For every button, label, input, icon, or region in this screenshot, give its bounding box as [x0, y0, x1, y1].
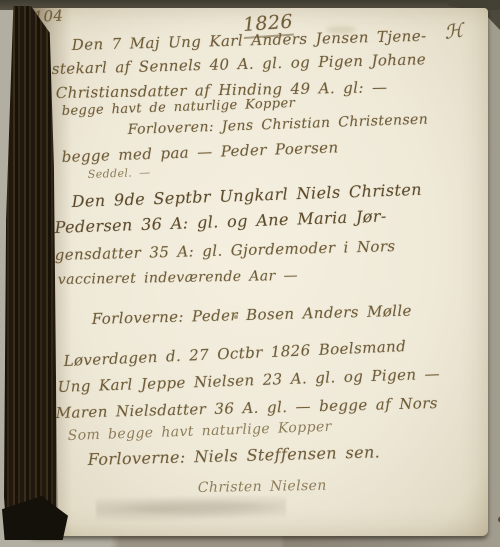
ink-speck	[234, 315, 238, 319]
manuscript-line: stekarl af Sennels 40 A. gl. og Pigen Jo…	[52, 50, 427, 78]
manuscript-line: Pedersen 36 A: gl. og Ane Maria Jør-	[54, 206, 387, 237]
manuscript-line: gensdatter 35 A: gl. Gjordemoder i Nors	[55, 237, 396, 264]
manuscript-line: Maren Nielsdatter 36 A. gl. — begge af N…	[56, 394, 439, 422]
manuscript-line: Forloverne: Peder Bosen Anders Mølle	[92, 302, 413, 328]
manuscript-line: Christen Nielsen	[198, 478, 327, 496]
paper-smudge	[96, 496, 286, 522]
manuscript-line: begge med paa — Peder Poersen	[61, 138, 338, 166]
pen-flourish: ℋ	[443, 20, 465, 44]
manuscript-line: Den 7 Maj Ung Karl Anders Jensen Tjene-	[72, 27, 427, 54]
manuscript-line: Som begge havt naturlige Kopper	[67, 419, 332, 444]
manuscript-line: Forloveren: Jens Christian Christensen	[127, 112, 428, 138]
manuscript-line: Seddel. —	[88, 166, 151, 181]
manuscript-line: Forloverne: Niels Steffensen sen.	[88, 442, 381, 469]
book-binding-edge	[4, 6, 56, 540]
manuscript-page: 104 1826 ℋ Den 7 Maj Ung Karl Anders Jen…	[26, 8, 488, 536]
manuscript-line: Løverdagen d. 27 Octbr 1826 Boelsmand	[63, 337, 406, 370]
paper-stain	[326, 26, 356, 34]
manuscript-line: Ung Karl Jeppe Nielsen 23 A. gl. og Pige…	[57, 365, 440, 396]
manuscript-line: vaccineret indeværende Aar —	[58, 268, 298, 288]
manuscript-photo: 104 1826 ℋ Den 7 Maj Ung Karl Anders Jen…	[0, 0, 500, 547]
